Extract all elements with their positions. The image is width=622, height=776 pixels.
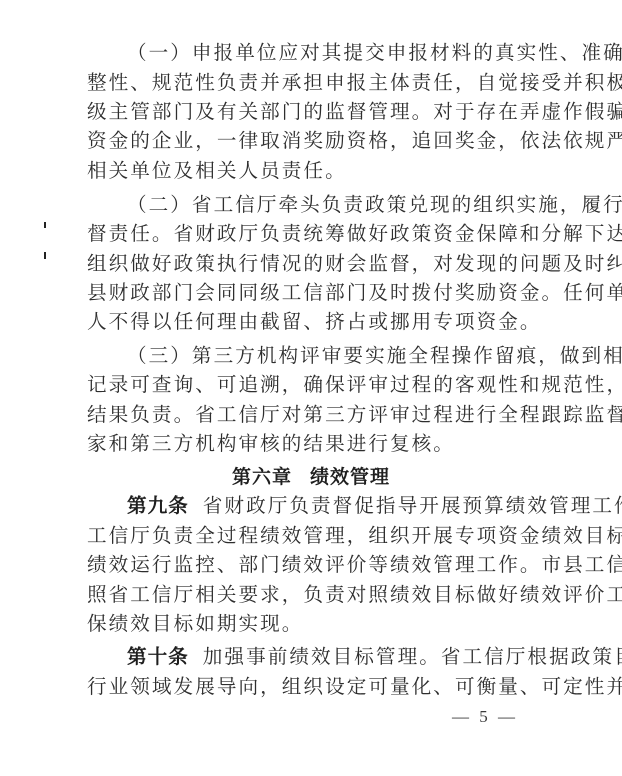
text-line: 整性、规范性负责并承担申报主体责任，自觉接受并积极配合省 (87, 72, 523, 94)
article-text: 省财政厅负责督促指导开展预算绩效管理工作。省 (203, 494, 622, 517)
article-label: 第十条 (127, 645, 189, 668)
article-first-line: 第九条省财政厅负责督促指导开展预算绩效管理工作。省 (127, 495, 523, 517)
chapter-number: 第六章 (232, 466, 292, 488)
document-page: （一）申报单位应对其提交申报材料的真实性、准确性、完 整性、规范性负责并承担申报… (0, 0, 622, 776)
text-line: 县财政部门会同同级工信部门及时拨付奖励资金。任何单位和个 (87, 282, 523, 304)
page-number: — 5 — (452, 707, 518, 727)
article-label: 第九条 (127, 494, 189, 517)
text-line: （三）第三方机构评审要实施全程操作留痕，做到相关操作 (127, 345, 523, 367)
article-text: 加强事前绩效目标管理。省工信厅根据政策目标和 (203, 645, 622, 668)
text-line: 资金的企业，一律取消奖励资格，追回奖金，依法依规严肃追究 (87, 130, 523, 152)
chapter-heading: 第六章绩效管理 (0, 462, 622, 489)
chapter-title: 绩效管理 (310, 466, 390, 488)
text-line: 级主管部门及有关部门的监督管理。对于存在弄虚作假骗取奖励 (87, 101, 523, 123)
text-line: （二）省工信厅牵头负责政策兑现的组织实施，履行财会监 (127, 194, 523, 216)
text-line: 保绩效目标如期实现。 (87, 613, 523, 635)
article-first-line: 第十条加强事前绩效目标管理。省工信厅根据政策目标和 (127, 646, 523, 668)
text-line: 家和第三方机构审核的结果进行复核。 (87, 433, 523, 455)
text-line: （一）申报单位应对其提交申报材料的真实性、准确性、完 (127, 42, 523, 64)
text-line: 照省工信厅相关要求，负责对照绩效目标做好绩效评价工作，确 (87, 584, 523, 606)
text-line: 绩效运行监控、部门绩效评价等绩效管理工作。市县工信部门按 (87, 554, 523, 576)
binding-mark (44, 222, 46, 228)
text-line: 督责任。省财政厅负责统筹做好政策资金保障和分解下达，督促 (87, 223, 523, 245)
text-line: 组织做好政策执行情况的财会监督，对发现的问题及时纠偏。市 (87, 253, 523, 275)
binding-mark (44, 252, 46, 259)
text-line: 工信厅负责全过程绩效管理，组织开展专项资金绩效目标管理、 (87, 525, 523, 547)
text-line: 人不得以任何理由截留、挤占或挪用专项资金。 (87, 311, 523, 333)
text-line: 记录可查询、可追溯，确保评审过程的客观性和规范性，对评审 (87, 374, 523, 396)
text-line: 行业领域发展导向，组织设定可量化、可衡量、可定性并且符合 (87, 676, 523, 698)
text-line: 相关单位及相关人员责任。 (87, 160, 523, 182)
text-line: 结果负责。省工信厅对第三方评审过程进行全程跟踪监督，对专 (87, 404, 523, 426)
